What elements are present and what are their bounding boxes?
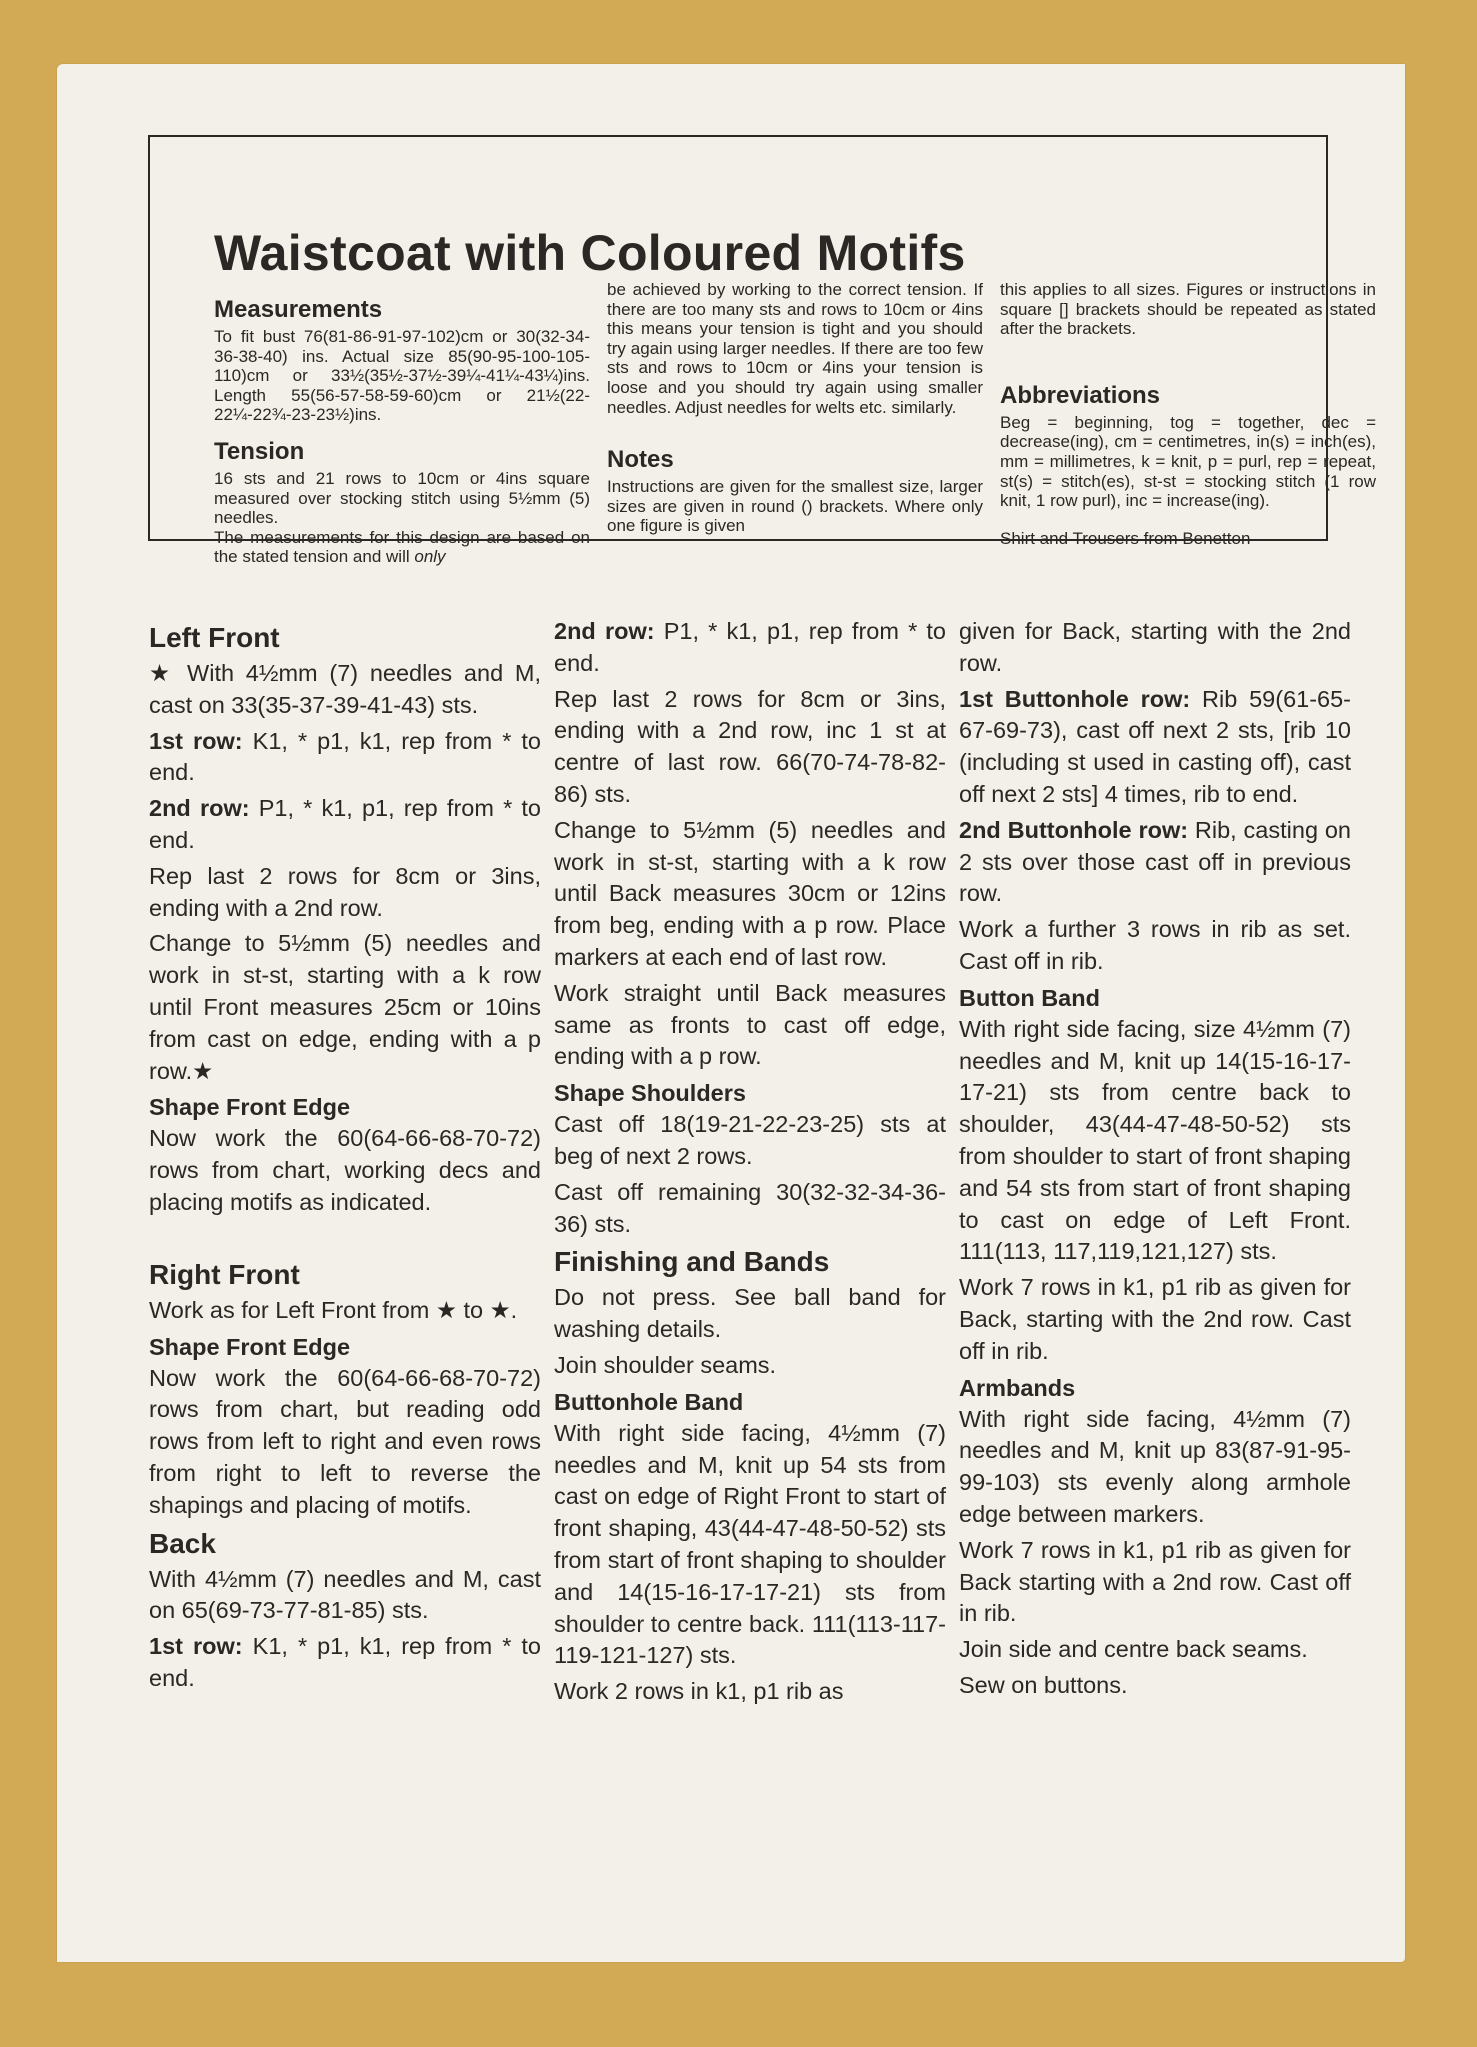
info-column-1: Measurements To fit bust 76(81-86-91-97-… (214, 297, 590, 567)
paragraph: 1st Buttonhole row: Rib 59(61-65-67-69-7… (959, 684, 1351, 811)
notes-heading: Notes (607, 447, 983, 473)
paragraph: Now work the 60(64-66-68-70-72) rows fro… (149, 1363, 541, 1522)
measurements-heading: Measurements (214, 297, 590, 323)
paragraph: 2nd Buttonhole row: Rib, casting on 2 st… (959, 815, 1351, 910)
paragraph: With right side facing, 4½mm (7) needles… (959, 1404, 1351, 1531)
back-heading: Back (149, 1526, 541, 1562)
left-front-heading: Left Front (149, 620, 541, 656)
paragraph: 2nd row: P1, * k1, p1, rep from * to end… (554, 616, 946, 680)
abbreviations-heading: Abbreviations (1000, 383, 1376, 409)
tension-heading: Tension (214, 439, 590, 465)
shape-front-edge-heading: Shape Front Edge (149, 1331, 541, 1363)
paragraph: given for Back, starting with the 2nd ro… (959, 616, 1351, 680)
paragraph: With 4½mm (7) needles and M, cast on 65(… (149, 1564, 541, 1628)
paragraph: Work 7 rows in k1, p1 rib as given for B… (959, 1272, 1351, 1367)
paragraph: 2nd row: P1, * k1, p1, rep from * to end… (149, 793, 541, 857)
paragraph: Cast off 18(19-21-22-23-25) sts at beg o… (554, 1109, 946, 1173)
measurements-text: To fit bust 76(81-86-91-97-102)cm or 30(… (214, 327, 590, 425)
right-front-heading: Right Front (149, 1257, 541, 1293)
body-column-2: 2nd row: P1, * k1, p1, rep from * to end… (554, 616, 946, 1712)
paragraph: 1st row: K1, * p1, k1, rep from * to end… (149, 726, 541, 790)
paragraph: Join shoulder seams. (554, 1350, 946, 1382)
paragraph: Change to 5½mm (5) needles and work in s… (149, 928, 541, 1087)
finishing-heading: Finishing and Bands (554, 1244, 946, 1280)
button-band-heading: Button Band (959, 982, 1351, 1014)
tension-continued: be achieved by working to the correct te… (607, 280, 983, 417)
info-column-3: this applies to all sizes. Figures or in… (1000, 280, 1376, 548)
notes-continued: this applies to all sizes. Figures or in… (1000, 280, 1376, 339)
paragraph: ★ With 4½mm (7) needles and M, cast on 3… (149, 658, 541, 722)
paragraph: Cast off remaining 30(32-32-34-36-36) st… (554, 1177, 946, 1241)
notes-text: Instructions are given for the smallest … (607, 477, 983, 536)
paragraph: Work 2 rows in k1, p1 rib as (554, 1676, 946, 1708)
buttonhole-band-heading: Buttonhole Band (554, 1386, 946, 1418)
paragraph: Sew on buttons. (959, 1670, 1351, 1702)
paragraph: 1st row: K1, * p1, k1, rep from * to end… (149, 1631, 541, 1695)
paragraph: Rep last 2 rows for 8cm or 3ins, ending … (554, 684, 946, 811)
shape-front-edge-heading: Shape Front Edge (149, 1091, 541, 1123)
body-column-3: given for Back, starting with the 2nd ro… (959, 616, 1351, 1706)
paragraph: Work 7 rows in k1, p1 rib as given for B… (959, 1535, 1351, 1630)
paragraph: Rep last 2 rows for 8cm or 3ins, ending … (149, 861, 541, 925)
paragraph: Change to 5½mm (5) needles and work in s… (554, 815, 946, 974)
paragraph: Work straight until Back measures same a… (554, 978, 946, 1073)
paragraph: Now work the 60(64-66-68-70-72) rows fro… (149, 1123, 541, 1218)
pattern-page: Waistcoat with Coloured Motifs Measureme… (57, 64, 1405, 1962)
page-title: Waistcoat with Coloured Motifs (214, 223, 966, 283)
paragraph: Do not press. See ball band for washing … (554, 1282, 946, 1346)
tension-text: 16 sts and 21 rows to 10cm or 4ins squar… (214, 469, 590, 528)
abbreviations-text: Beg = beginning, tog = together, dec = d… (1000, 413, 1376, 511)
paragraph: Work as for Left Front from ★ to ★. (149, 1295, 541, 1327)
paragraph: With right side facing, 4½mm (7) needles… (554, 1418, 946, 1672)
paragraph: Join side and centre back seams. (959, 1634, 1351, 1666)
info-box: Waistcoat with Coloured Motifs Measureme… (148, 135, 1328, 541)
shape-shoulders-heading: Shape Shoulders (554, 1077, 946, 1109)
armbands-heading: Armbands (959, 1372, 1351, 1404)
body-column-1: Left Front ★ With 4½mm (7) needles and M… (149, 620, 541, 1699)
tension-note: The measurements for this design are bas… (214, 528, 590, 567)
info-column-2: be achieved by working to the correct te… (607, 280, 983, 536)
paragraph: Work a further 3 rows in rib as set. Cas… (959, 914, 1351, 978)
credit-text: Shirt and Trousers from Benetton (1000, 529, 1376, 549)
paragraph: With right side facing, size 4½mm (7) ne… (959, 1014, 1351, 1268)
